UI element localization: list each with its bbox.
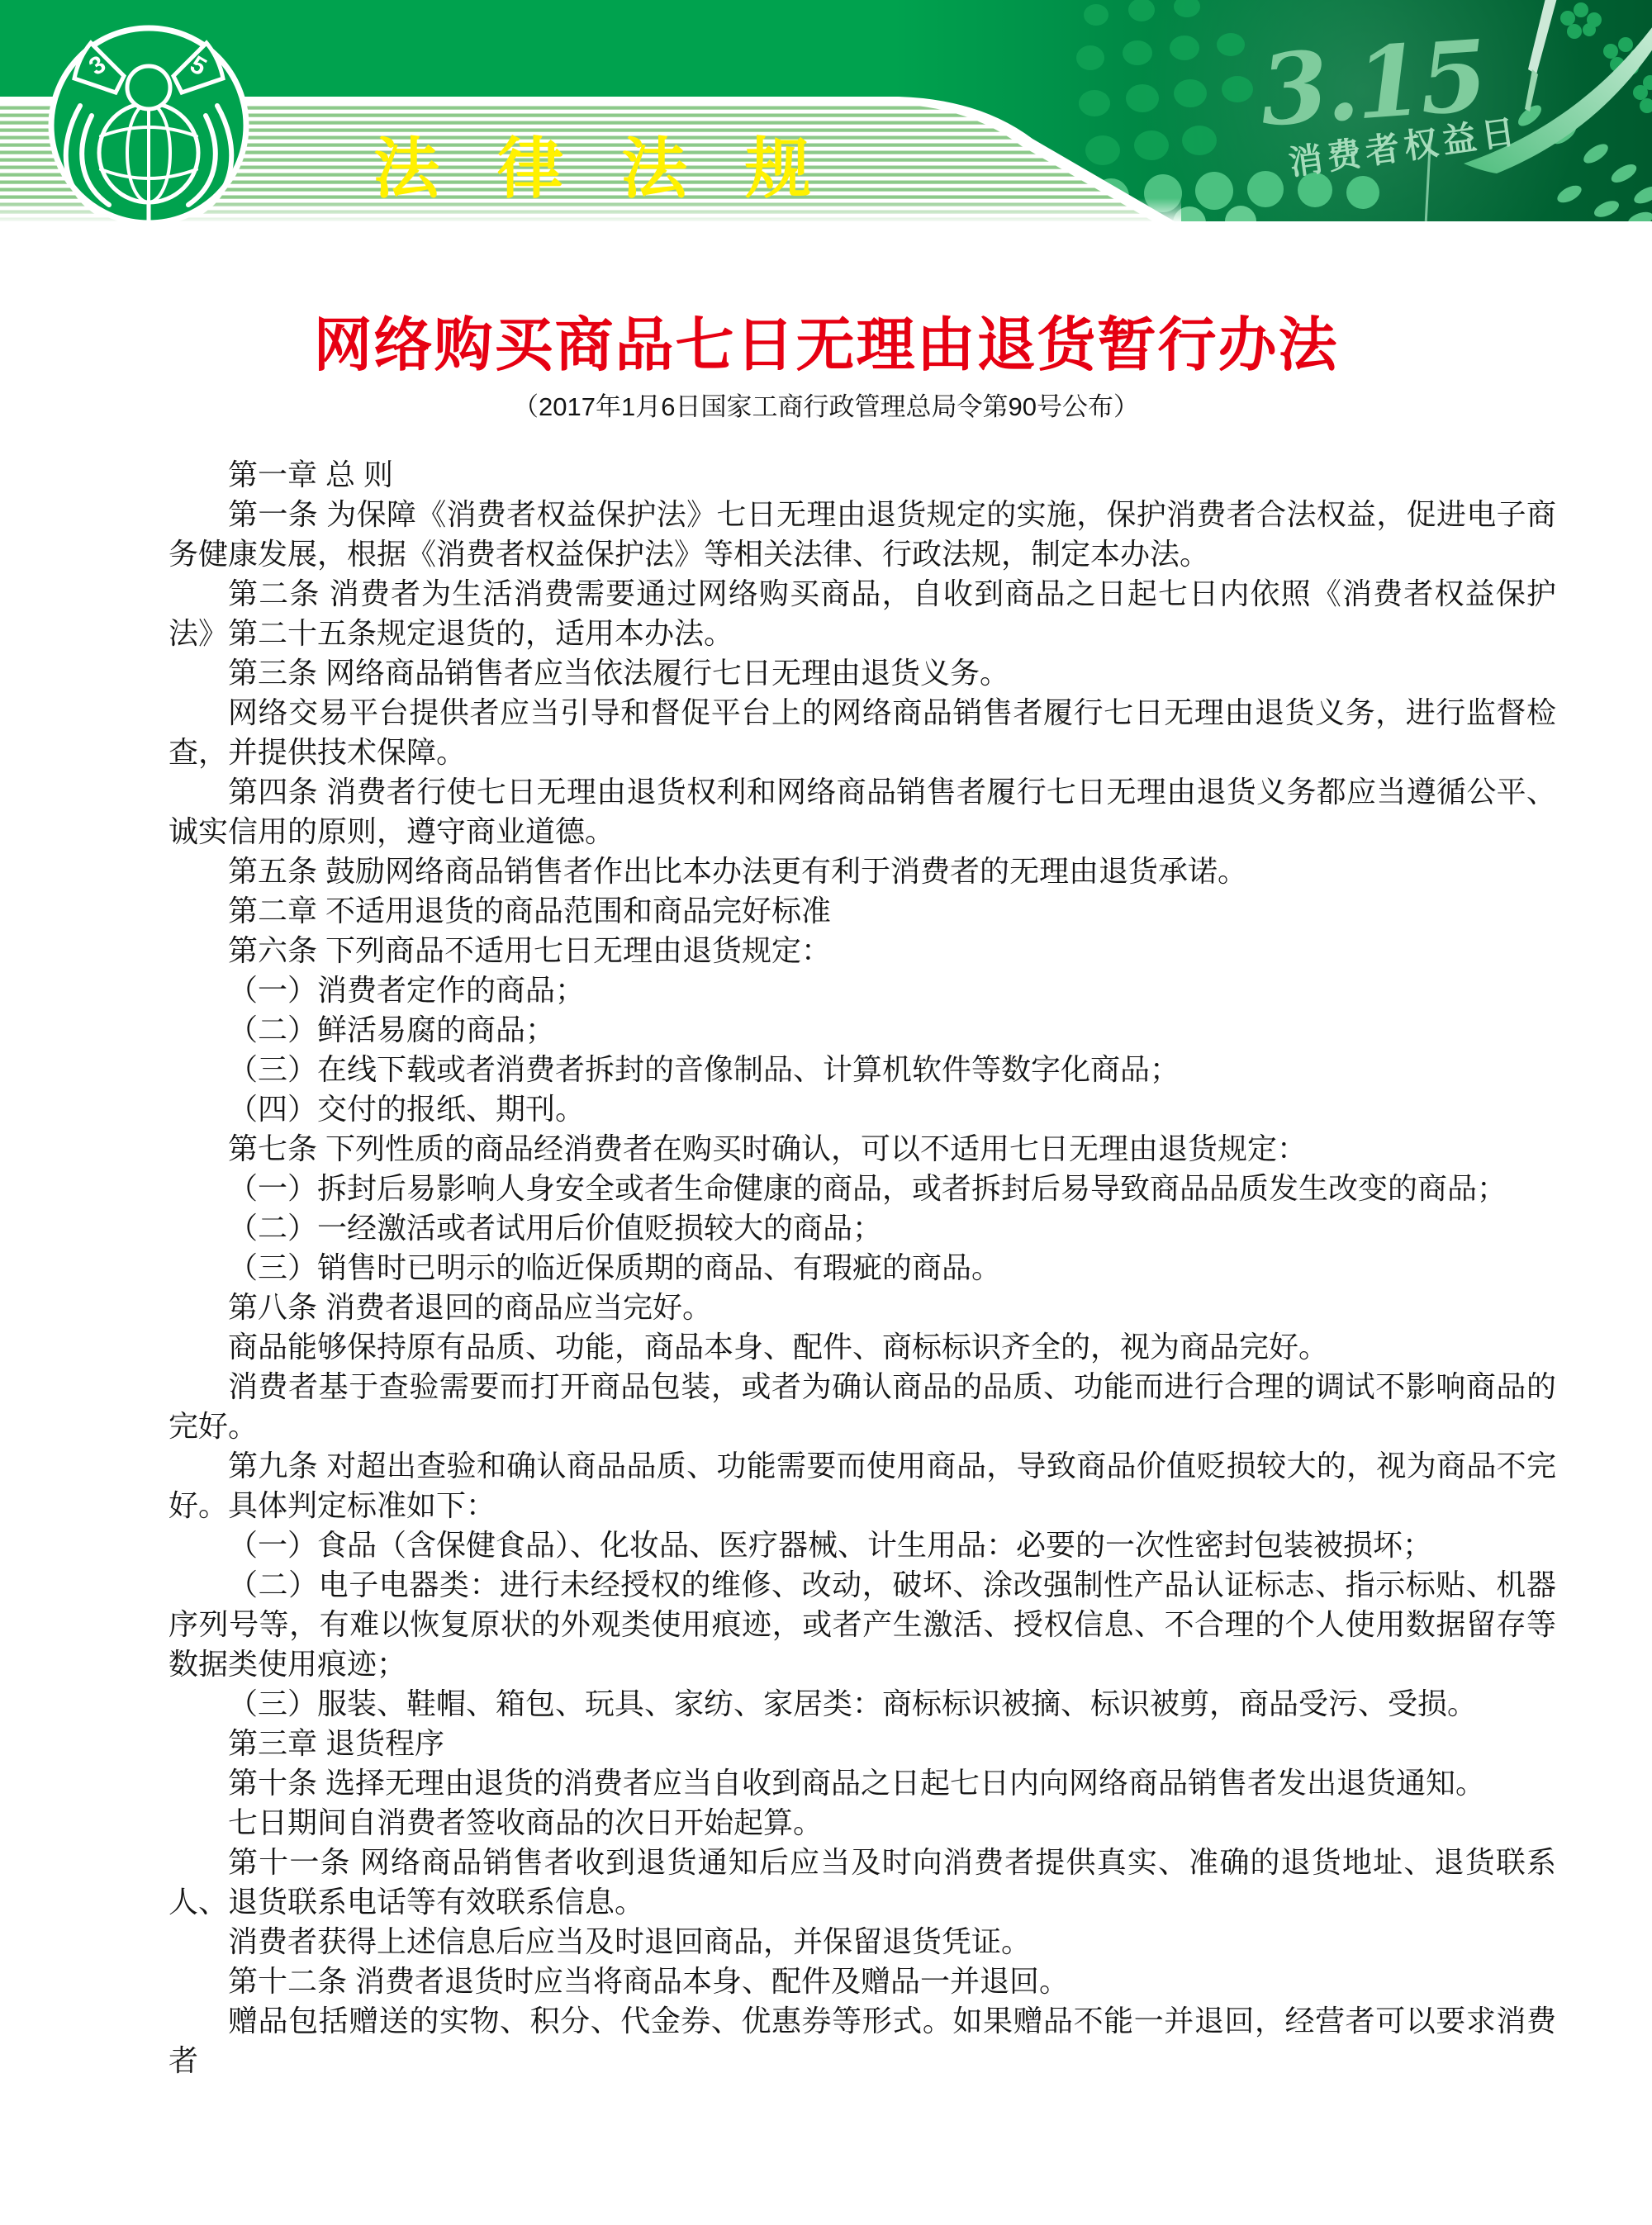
page: 3.15 消费者权益日: [0, 0, 1652, 2225]
doc-paragraph: 商品能够保持原有品质、功能，商品本身、配件、商标标识齐全的，视为商品完好。: [169, 1327, 1556, 1367]
doc-paragraph: 七日期间自消费者签收商品的次日开始起算。: [169, 1803, 1556, 1843]
doc-paragraph: 第二章 不适用退货的商品范围和商品完好标准: [169, 891, 1556, 931]
doc-paragraph: （二）电子电器类：进行未经授权的维修、改动，破坏、涂改强制性产品认证标志、指示标…: [169, 1565, 1556, 1684]
doc-paragraph: 消费者获得上述信息后应当及时退回商品，并保留退货凭证。: [169, 1922, 1556, 1962]
doc-paragraph: 第一章 总 则: [169, 455, 1556, 495]
doc-paragraph: 第十条 选择无理由退货的消费者应当自收到商品之日起七日内向网络商品销售者发出退货…: [169, 1763, 1556, 1803]
doc-paragraph: 第九条 对超出查验和确认商品品质、功能需要而使用商品，导致商品价值贬损较大的，视…: [169, 1446, 1556, 1525]
doc-paragraph: （二）一经激活或者试用后价值贬损较大的商品；: [169, 1208, 1556, 1248]
doc-paragraph: （三）销售时已明示的临近保质期的商品、有瑕疵的商品。: [169, 1248, 1556, 1288]
doc-paragraph: 第三章 退货程序: [169, 1724, 1556, 1763]
doc-subtitle: （2017年1月6日国家工商行政管理总局令第90号公布）: [0, 391, 1652, 422]
doc-paragraph: 第三条 网络商品销售者应当依法履行七日无理由退货义务。: [169, 653, 1556, 693]
doc-paragraph: （三）在线下载或者消费者拆封的音像制品、计算机软件等数字化商品；: [169, 1050, 1556, 1089]
doc-paragraph: 网络交易平台提供者应当引导和督促平台上的网络商品销售者履行七日无理由退货义务，进…: [169, 693, 1556, 772]
doc-paragraph: 第一条 为保障《消费者权益保护法》七日无理由退货规定的实施，保护消费者合法权益，…: [169, 495, 1556, 574]
doc-paragraph: （四）交付的报纸、期刊。: [169, 1089, 1556, 1129]
doc-paragraph: （一）食品（含保健食品）、化妆品、医疗器械、计生用品：必要的一次性密封包装被损坏…: [169, 1525, 1556, 1565]
banner: 3.15 消费者权益日: [0, 0, 1652, 241]
doc-paragraph: 第四条 消费者行使七日无理由退货权利和网络商品销售者履行七日无理由退货义务都应当…: [169, 772, 1556, 852]
banner-title-text: 法律法规: [373, 132, 869, 206]
document: 网络购买商品七日无理由退货暂行办法 （2017年1月6日国家工商行政管理总局令第…: [0, 314, 1652, 2080]
doc-paragraph: 第十一条 网络商品销售者收到退货通知后应当及时向消费者提供真实、准确的退货地址、…: [169, 1843, 1556, 1922]
doc-paragraph: 第十二条 消费者退货时应当将商品本身、配件及赠品一并退回。: [169, 1962, 1556, 2001]
doc-paragraph: （三）服装、鞋帽、箱包、玩具、家纺、家居类：商标标识被摘、标识被剪，商品受污、受…: [169, 1684, 1556, 1724]
doc-paragraph: 第二条 消费者为生活消费需要通过网络购买商品，自收到商品之日起七日内依照《消费者…: [169, 574, 1556, 653]
doc-paragraph: 第七条 下列性质的商品经消费者在购买时确认，可以不适用七日无理由退货规定：: [169, 1129, 1556, 1169]
banner-art: 3.15 消费者权益日: [0, 0, 1652, 241]
doc-paragraph: 第六条 下列商品不适用七日无理由退货规定：: [169, 931, 1556, 970]
doc-title: 网络购买商品七日无理由退货暂行办法: [0, 314, 1652, 378]
doc-body: 第一章 总 则第一条 为保障《消费者权益保护法》七日无理由退货规定的实施，保护消…: [169, 455, 1556, 2080]
doc-paragraph: （一）消费者定作的商品；: [169, 970, 1556, 1010]
doc-paragraph: 赠品包括赠送的实物、积分、代金券、优惠券等形式。如果赠品不能一并退回，经营者可以…: [169, 2001, 1556, 2080]
doc-paragraph: 第五条 鼓励网络商品销售者作出比本办法更有利于消费者的无理由退货承诺。: [169, 852, 1556, 891]
doc-paragraph: （二）鲜活易腐的商品；: [169, 1010, 1556, 1050]
doc-paragraph: 消费者基于查验需要而打开商品包装，或者为确认商品的品质、功能而进行合理的调试不影…: [169, 1367, 1556, 1446]
doc-paragraph: （一）拆封后易影响人身安全或者生命健康的商品，或者拆封后易导致商品品质发生改变的…: [169, 1169, 1556, 1208]
doc-paragraph: 第八条 消费者退回的商品应当完好。: [169, 1288, 1556, 1327]
figure-head: [127, 66, 170, 109]
